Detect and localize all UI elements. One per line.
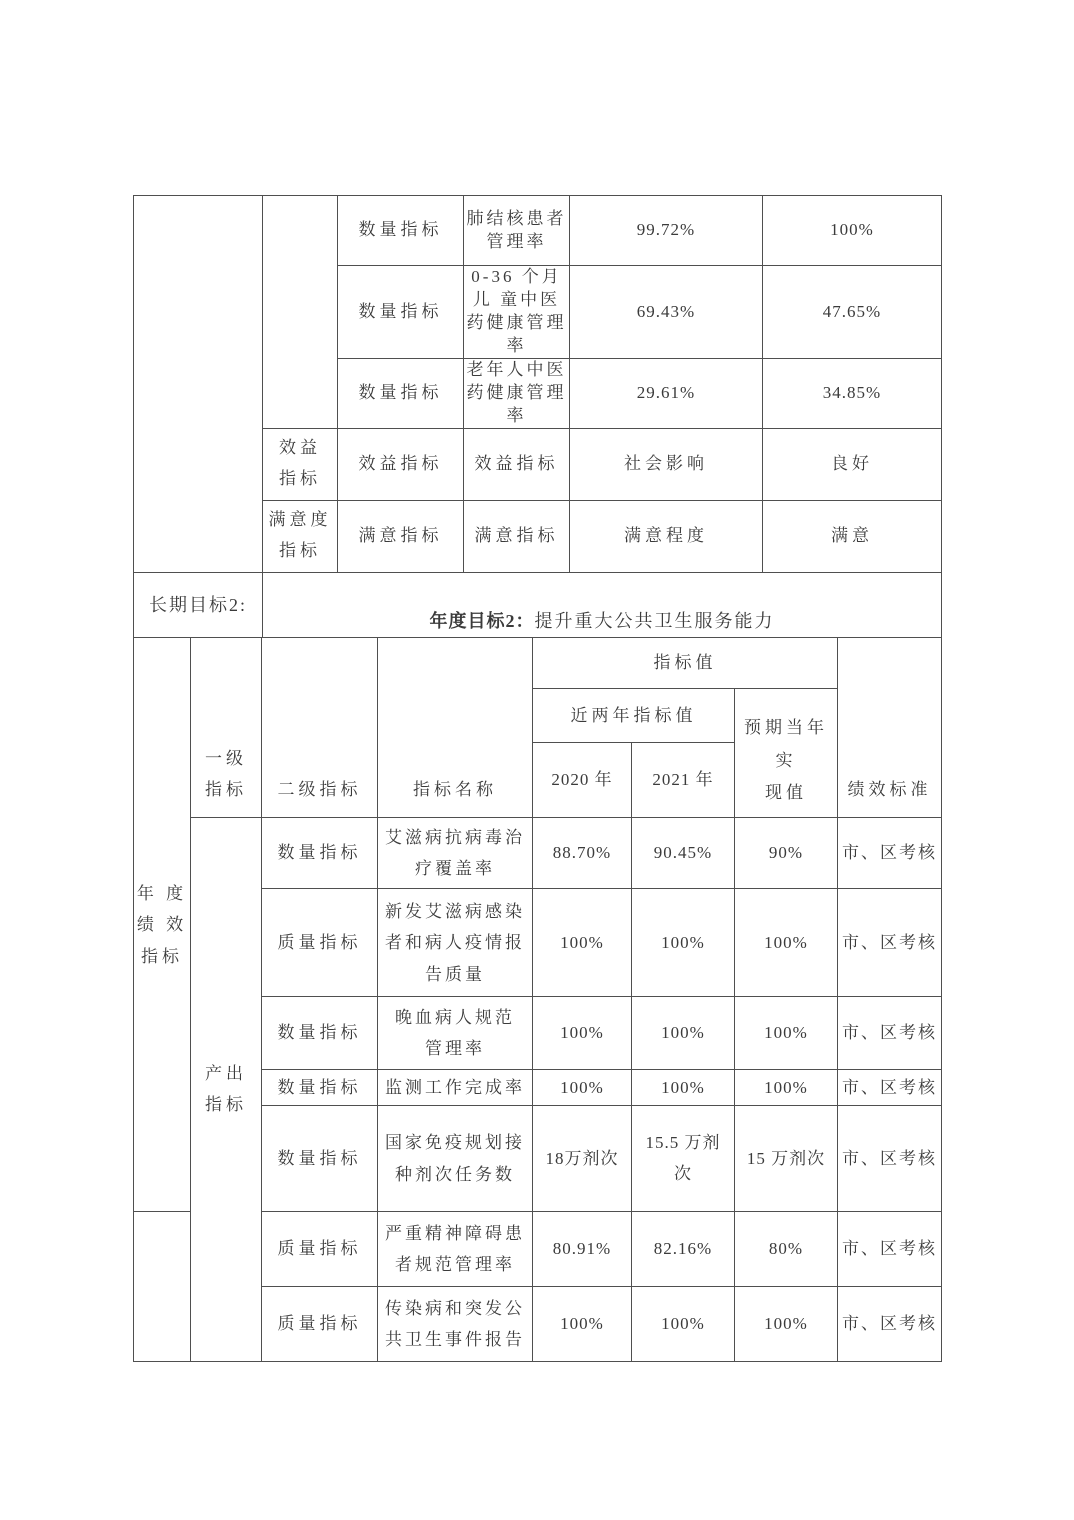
document-content: 数量指标 肺结核患者 管理率 99.72% 100% 数量指标 0-36 个月 …: [133, 196, 941, 1362]
secondary-indicator-cell: 数量指标: [262, 1106, 378, 1212]
header-performance-standard: 绩效标准: [838, 638, 942, 818]
target-value-cell: 满意: [763, 500, 942, 572]
value-2021-cell: 82.16%: [632, 1212, 735, 1287]
header-indicator-value: 指标值: [533, 638, 838, 689]
goal-row-table: 长期目标2: 年度目标2：提升重大公共卫生服务能力: [133, 572, 942, 639]
expected-value-cell: 100%: [735, 1070, 838, 1106]
value-2021-cell: 100%: [632, 997, 735, 1070]
performance-standard-cell: 市、区考核: [838, 1070, 942, 1106]
indicator-name-cell: 监测工作完成率: [378, 1070, 533, 1106]
indicator-name-cell: 严重精神障碍患 者规范管理率: [378, 1212, 533, 1287]
header-indicator-name: 指标名称: [378, 638, 533, 818]
secondary-indicator-cell: 数量指标: [262, 818, 378, 889]
expected-value-cell: 15 万剂次: [735, 1106, 838, 1212]
secondary-indicator-cell: 数量指标: [262, 997, 378, 1070]
expected-value-cell: 100%: [735, 1287, 838, 1362]
indicator-name-cell: 效益指标: [464, 428, 570, 500]
vertical-axis-label-cell: 年 度 绩 效 指标: [134, 638, 191, 1212]
performance-standard-cell: 市、区考核: [838, 889, 942, 997]
annual-goal-text: 提升重大公共卫生服务能力: [535, 611, 775, 631]
table-row: 产出 指标 数量指标 艾滋病抗病毒治 疗覆盖率 88.70% 90.45% 90…: [134, 818, 942, 889]
value-2020-cell: 88.70%: [533, 818, 632, 889]
carryover-indicators-table: 数量指标 肺结核患者 管理率 99.72% 100% 数量指标 0-36 个月 …: [133, 195, 942, 573]
indicator-name-cell: 晚血病人规范 管理率: [378, 997, 533, 1070]
indicator-name-cell: 0-36 个月 儿 童中医 药健康管理 率: [464, 266, 570, 359]
indicator-name-cell: 满意指标: [464, 500, 570, 572]
header-level1: 一级 指标: [191, 638, 262, 818]
indicator-name-cell: 肺结核患者 管理率: [464, 196, 570, 266]
expected-value-cell: 100%: [735, 889, 838, 997]
value-2021-cell: 100%: [632, 1287, 735, 1362]
secondary-indicator-cell: 质量指标: [262, 1212, 378, 1287]
secondary-indicator-cell: 质量指标: [262, 1287, 378, 1362]
header-secondary: 二级指标: [262, 638, 378, 818]
indicator-name-cell: 新发艾滋病感染 者和病人疫情报 告质量: [378, 889, 533, 997]
secondary-indicator-cell: 效益指标: [338, 428, 464, 500]
value-2021-cell: 100%: [632, 889, 735, 997]
header-expected-value: 预期当年实 现值: [735, 689, 838, 818]
secondary-indicator-cell: 数量指标: [338, 358, 464, 428]
secondary-indicator-cell: 数量指标: [338, 266, 464, 359]
target-value-cell: 34.85%: [763, 358, 942, 428]
table-row: 数量指标 肺结核患者 管理率 99.72% 100%: [134, 196, 942, 266]
value-2020-cell: 80.91%: [533, 1212, 632, 1287]
expected-value-cell: 100%: [735, 997, 838, 1070]
output-indicator-cell: 产出 指标: [191, 818, 262, 1362]
actual-value-cell: 29.61%: [570, 358, 763, 428]
expected-value-cell: 80%: [735, 1212, 838, 1287]
left-spanner-empty-cell: [134, 1212, 191, 1362]
annual-goal-label: 年度目标2：: [430, 611, 535, 631]
level1-satisfaction-cell: 满意度 指标: [263, 500, 338, 572]
value-2021-cell: 90.45%: [632, 818, 735, 889]
level1-benefit-cell: 效益 指标: [263, 428, 338, 500]
actual-value-cell: 社会影响: [570, 428, 763, 500]
header-2021: 2021 年: [632, 743, 735, 818]
actual-value-cell: 69.43%: [570, 266, 763, 359]
secondary-indicator-cell: 满意指标: [338, 500, 464, 572]
header-2020: 2020 年: [533, 743, 632, 818]
secondary-indicator-cell: 数量指标: [262, 1070, 378, 1106]
secondary-indicator-cell: 数量指标: [338, 196, 464, 266]
left-spanner-empty-cell: [134, 196, 263, 573]
value-2021-cell: 15.5 万剂 次: [632, 1106, 735, 1212]
annual-goal-cell: 年度目标2：提升重大公共卫生服务能力: [263, 572, 942, 638]
value-2020-cell: 100%: [533, 1070, 632, 1106]
header-recent-values: 近两年指标值: [533, 689, 735, 743]
indicator-name-cell: 国家免疫规划接 种剂次任务数: [378, 1106, 533, 1212]
annual-performance-table: 年 度 绩 效 指标 一级 指标 二级指标 指标名称 指标值 绩效标准 近两年指…: [133, 637, 942, 1362]
performance-standard-cell: 市、区考核: [838, 818, 942, 889]
indicator-name-cell: 艾滋病抗病毒治 疗覆盖率: [378, 818, 533, 889]
actual-value-cell: 满意程度: [570, 500, 763, 572]
document-page: 数量指标 肺结核患者 管理率 99.72% 100% 数量指标 0-36 个月 …: [0, 0, 1074, 1520]
secondary-indicator-cell: 质量指标: [262, 889, 378, 997]
header-row-1: 年 度 绩 效 指标 一级 指标 二级指标 指标名称 指标值 绩效标准: [134, 638, 942, 689]
value-2020-cell: 100%: [533, 997, 632, 1070]
level1-empty-cell: [263, 196, 338, 429]
expected-value-cell: 90%: [735, 818, 838, 889]
value-2020-cell: 18万剂次: [533, 1106, 632, 1212]
actual-value-cell: 99.72%: [570, 196, 763, 266]
indicator-name-cell: 老年人中医 药健康管理 率: [464, 358, 570, 428]
value-2021-cell: 100%: [632, 1070, 735, 1106]
indicator-name-cell: 传染病和突发公 共卫生事件报告: [378, 1287, 533, 1362]
performance-standard-cell: 市、区考核: [838, 1212, 942, 1287]
longterm-goal-cell: 长期目标2:: [134, 572, 263, 638]
target-value-cell: 47.65%: [763, 266, 942, 359]
target-value-cell: 良好: [763, 428, 942, 500]
performance-standard-cell: 市、区考核: [838, 1287, 942, 1362]
target-value-cell: 100%: [763, 196, 942, 266]
performance-standard-cell: 市、区考核: [838, 997, 942, 1070]
performance-standard-cell: 市、区考核: [838, 1106, 942, 1212]
value-2020-cell: 100%: [533, 1287, 632, 1362]
value-2020-cell: 100%: [533, 889, 632, 997]
goal-row: 长期目标2: 年度目标2：提升重大公共卫生服务能力: [134, 572, 942, 638]
